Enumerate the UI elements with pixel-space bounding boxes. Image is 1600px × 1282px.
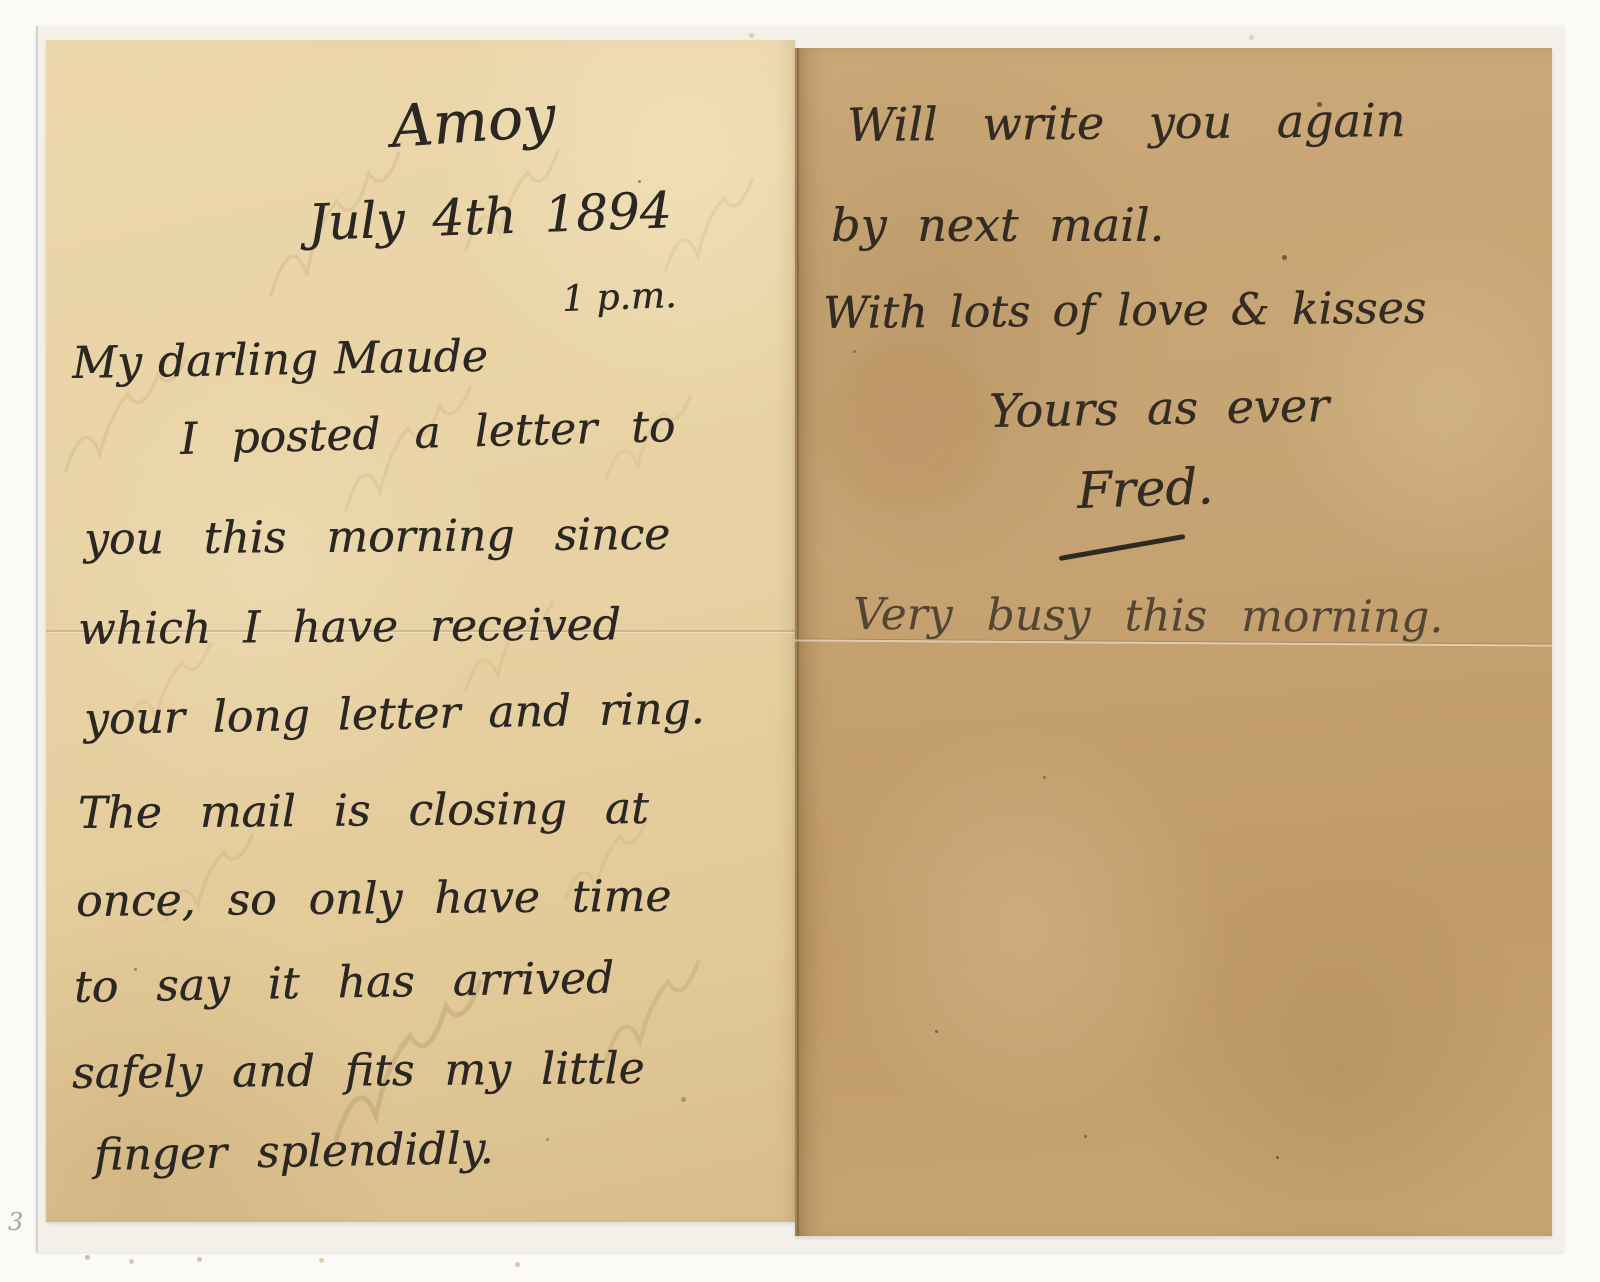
letter-line: With lots of love & kisses xyxy=(823,287,1427,336)
letter-line: your long letter and ring. xyxy=(84,687,705,742)
letter-left-page: Amoy July 4th 1894 1 p.m. My darling Mau… xyxy=(46,40,795,1222)
letter-line: I posted a letter to xyxy=(179,405,675,462)
paper-flecks xyxy=(38,26,41,29)
scanned-letter: Amoy July 4th 1894 1 p.m. My darling Mau… xyxy=(0,0,1600,1282)
letter-date: July 4th 1894 xyxy=(307,185,672,248)
letter-line: by next mail. xyxy=(831,202,1164,248)
letter-line: Will write you again xyxy=(847,97,1406,148)
letter-line: safely and fits my little xyxy=(72,1047,645,1096)
letter-line: which I have received xyxy=(78,603,621,652)
letter-line: you this morning since xyxy=(84,513,671,562)
letter-signature: Fred. xyxy=(1076,461,1214,516)
letter-line: The mail is closing at xyxy=(78,787,649,836)
letter-valediction: Yours as ever xyxy=(989,382,1330,434)
fold-crease-vertical xyxy=(797,48,799,1236)
ink-specks xyxy=(46,40,49,43)
ink-specks xyxy=(795,48,798,51)
letter-right-page: Will write you again by next mail. With … xyxy=(795,48,1552,1236)
letter-line: to say it has arrived xyxy=(74,957,615,1010)
letter-postscript: Very busy this morning. xyxy=(853,593,1444,640)
signature-underline xyxy=(1059,534,1186,561)
letter-time: 1 p.m. xyxy=(561,278,677,318)
letter-salutation: My darling Maude xyxy=(72,335,489,386)
letter-line: once, so only have time xyxy=(76,875,672,924)
letter-place: Amoy xyxy=(389,87,557,156)
postmark-ghost-stain xyxy=(813,338,1003,518)
letter-line: finger splendidly. xyxy=(94,1127,494,1178)
margin-annotation: 3 xyxy=(8,1208,23,1236)
